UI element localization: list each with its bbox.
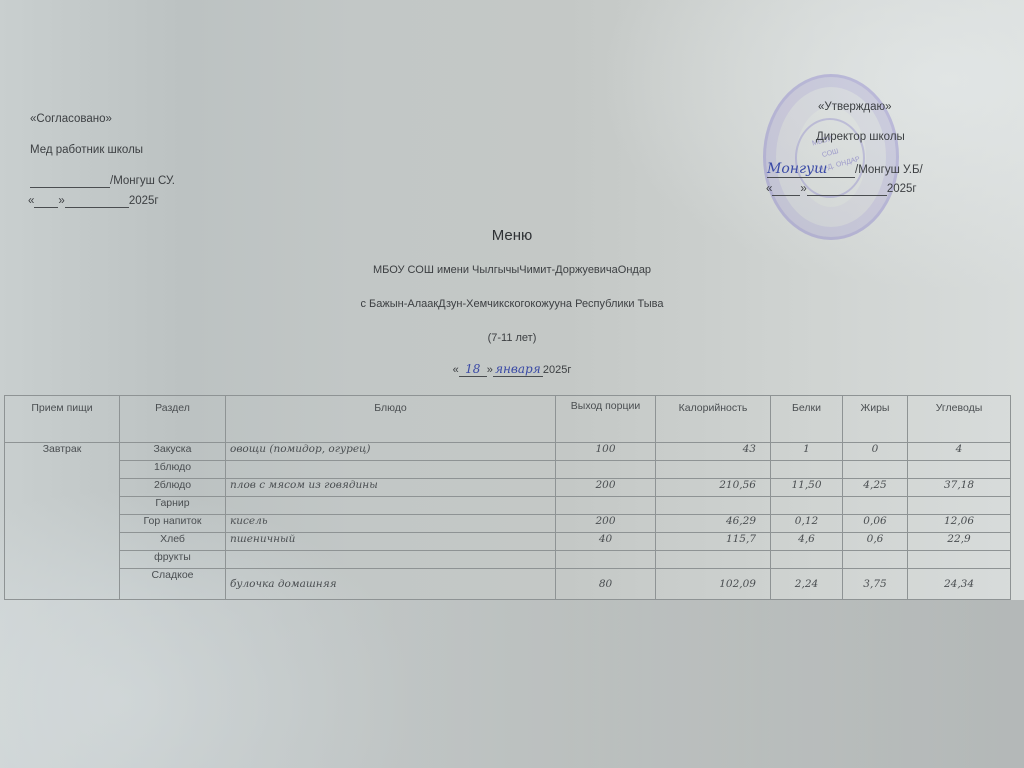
section-cell: Гарнир (120, 497, 226, 515)
fat-cell (843, 461, 908, 479)
section-cell: Гор напиток (120, 515, 226, 533)
calories-cell: 115,7 (656, 533, 771, 551)
section-cell: 2блюдо (120, 479, 226, 497)
month-blank (807, 183, 887, 196)
med-worker-signature-line: /Монгуш СУ. (30, 175, 175, 188)
portion-cell: 100 (556, 443, 656, 461)
table-row: Гор напиток кисель 200 46,29 0,12 0,06 1… (5, 515, 1011, 533)
carbs-cell: 4 (908, 443, 1011, 461)
section-cell: Закуска (120, 443, 226, 461)
table-row: Завтрак Закуска овощи (помидор, огурец) … (5, 443, 1011, 461)
right-date-line: « » 2025г (766, 183, 917, 196)
portion-cell: 40 (556, 533, 656, 551)
calories-cell: 43 (656, 443, 771, 461)
protein-cell (771, 497, 843, 515)
fat-cell: 0,6 (843, 533, 908, 551)
calories-cell: 46,29 (656, 515, 771, 533)
col-meal: Прием пищи (5, 396, 120, 443)
portion-cell: 80 (556, 569, 656, 600)
year: 2025г (129, 195, 159, 207)
dish-cell: кисель (226, 515, 556, 533)
agreed-label: «Согласовано» (30, 113, 112, 125)
menu-table: Прием пищи Раздел Блюдо Выход порции Кал… (4, 395, 1011, 600)
table-row: 2блюдо плов с мясом из говядины 200 210,… (5, 479, 1011, 497)
fat-cell: 4,25 (843, 479, 908, 497)
director-label: Директор школы (816, 131, 905, 143)
approve-label: «Утверждаю» (818, 101, 892, 113)
calories-cell (656, 497, 771, 515)
carbs-cell: 24,34 (908, 569, 1011, 600)
dish-cell: булочка домашняя (226, 569, 556, 600)
year: 2025г (887, 183, 917, 195)
portion-cell: 200 (556, 479, 656, 497)
col-section: Раздел (120, 396, 226, 443)
col-dish: Блюдо (226, 396, 556, 443)
date-month: января (493, 362, 543, 377)
section-cell: Сладкое (120, 569, 226, 600)
med-worker-name: /Монгуш СУ. (110, 175, 175, 187)
calories-cell: 102,09 (656, 569, 771, 600)
protein-cell (771, 551, 843, 569)
section-cell: Хлеб (120, 533, 226, 551)
signature-blank (30, 175, 110, 188)
day-blank (34, 195, 58, 208)
protein-cell: 0,12 (771, 515, 843, 533)
carbs-cell: 22,9 (908, 533, 1011, 551)
month-blank (65, 195, 129, 208)
page-title: Меню (0, 227, 1024, 244)
director-name: /Монгуш У.Б/ (855, 164, 923, 176)
section-cell: 1блюдо (120, 461, 226, 479)
col-portion: Выход порции (556, 396, 656, 443)
calories-cell (656, 551, 771, 569)
fat-cell (843, 497, 908, 515)
dish-cell (226, 461, 556, 479)
protein-cell: 4,6 (771, 533, 843, 551)
portion-cell (556, 461, 656, 479)
table-row: 1блюдо (5, 461, 1011, 479)
table-row: Хлеб пшеничный 40 115,7 4,6 0,6 22,9 (5, 533, 1011, 551)
dish-cell (226, 551, 556, 569)
paper-shadow (0, 600, 1024, 768)
carbs-cell (908, 551, 1011, 569)
col-fat: Жиры (843, 396, 908, 443)
meal-cell: Завтрак (5, 443, 120, 600)
school-location: с Бажын-АлаакДзун-Хемчикскогокожууна Рес… (0, 298, 1024, 310)
dish-cell: плов с мясом из говядины (226, 479, 556, 497)
carbs-cell (908, 461, 1011, 479)
fat-cell (843, 551, 908, 569)
calories-cell (656, 461, 771, 479)
age-group: (7-11 лет) (0, 332, 1024, 344)
day-blank (772, 183, 800, 196)
year: 2025г (543, 364, 571, 376)
table-header-row: Прием пищи Раздел Блюдо Выход порции Кал… (5, 396, 1011, 443)
col-carbs: Углеводы (908, 396, 1011, 443)
protein-cell: 2,24 (771, 569, 843, 600)
med-worker-label: Мед работник школы (30, 144, 143, 156)
fat-cell: 0 (843, 443, 908, 461)
dish-cell: пшеничный (226, 533, 556, 551)
calories-cell: 210,56 (656, 479, 771, 497)
table-row: Гарнир (5, 497, 1011, 515)
fat-cell: 3,75 (843, 569, 908, 600)
handwritten-signature: Монгуш (767, 161, 855, 178)
protein-cell (771, 461, 843, 479)
section-cell: фрукты (120, 551, 226, 569)
menu-date: «18»января2025г (0, 362, 1024, 377)
table-row: фрукты (5, 551, 1011, 569)
portion-cell (556, 497, 656, 515)
director-signature-line: Монгуш/Монгуш У.Б/ (767, 161, 923, 178)
portion-cell (556, 551, 656, 569)
carbs-cell: 37,18 (908, 479, 1011, 497)
dish-cell: овощи (помидор, огурец) (226, 443, 556, 461)
date-day: 18 (459, 362, 487, 377)
dish-cell (226, 497, 556, 515)
left-date-line: « » 2025г (28, 195, 159, 208)
fat-cell: 0,06 (843, 515, 908, 533)
protein-cell: 1 (771, 443, 843, 461)
portion-cell: 200 (556, 515, 656, 533)
protein-cell: 11,50 (771, 479, 843, 497)
carbs-cell (908, 497, 1011, 515)
carbs-cell: 12,06 (908, 515, 1011, 533)
col-calories: Калорийность (656, 396, 771, 443)
school-name: МБОУ СОШ имени ЧылгычыЧимит-ДоржуевичаОн… (0, 264, 1024, 276)
table-row: Сладкое булочка домашняя 80 102,09 2,24 … (5, 569, 1011, 600)
col-protein: Белки (771, 396, 843, 443)
